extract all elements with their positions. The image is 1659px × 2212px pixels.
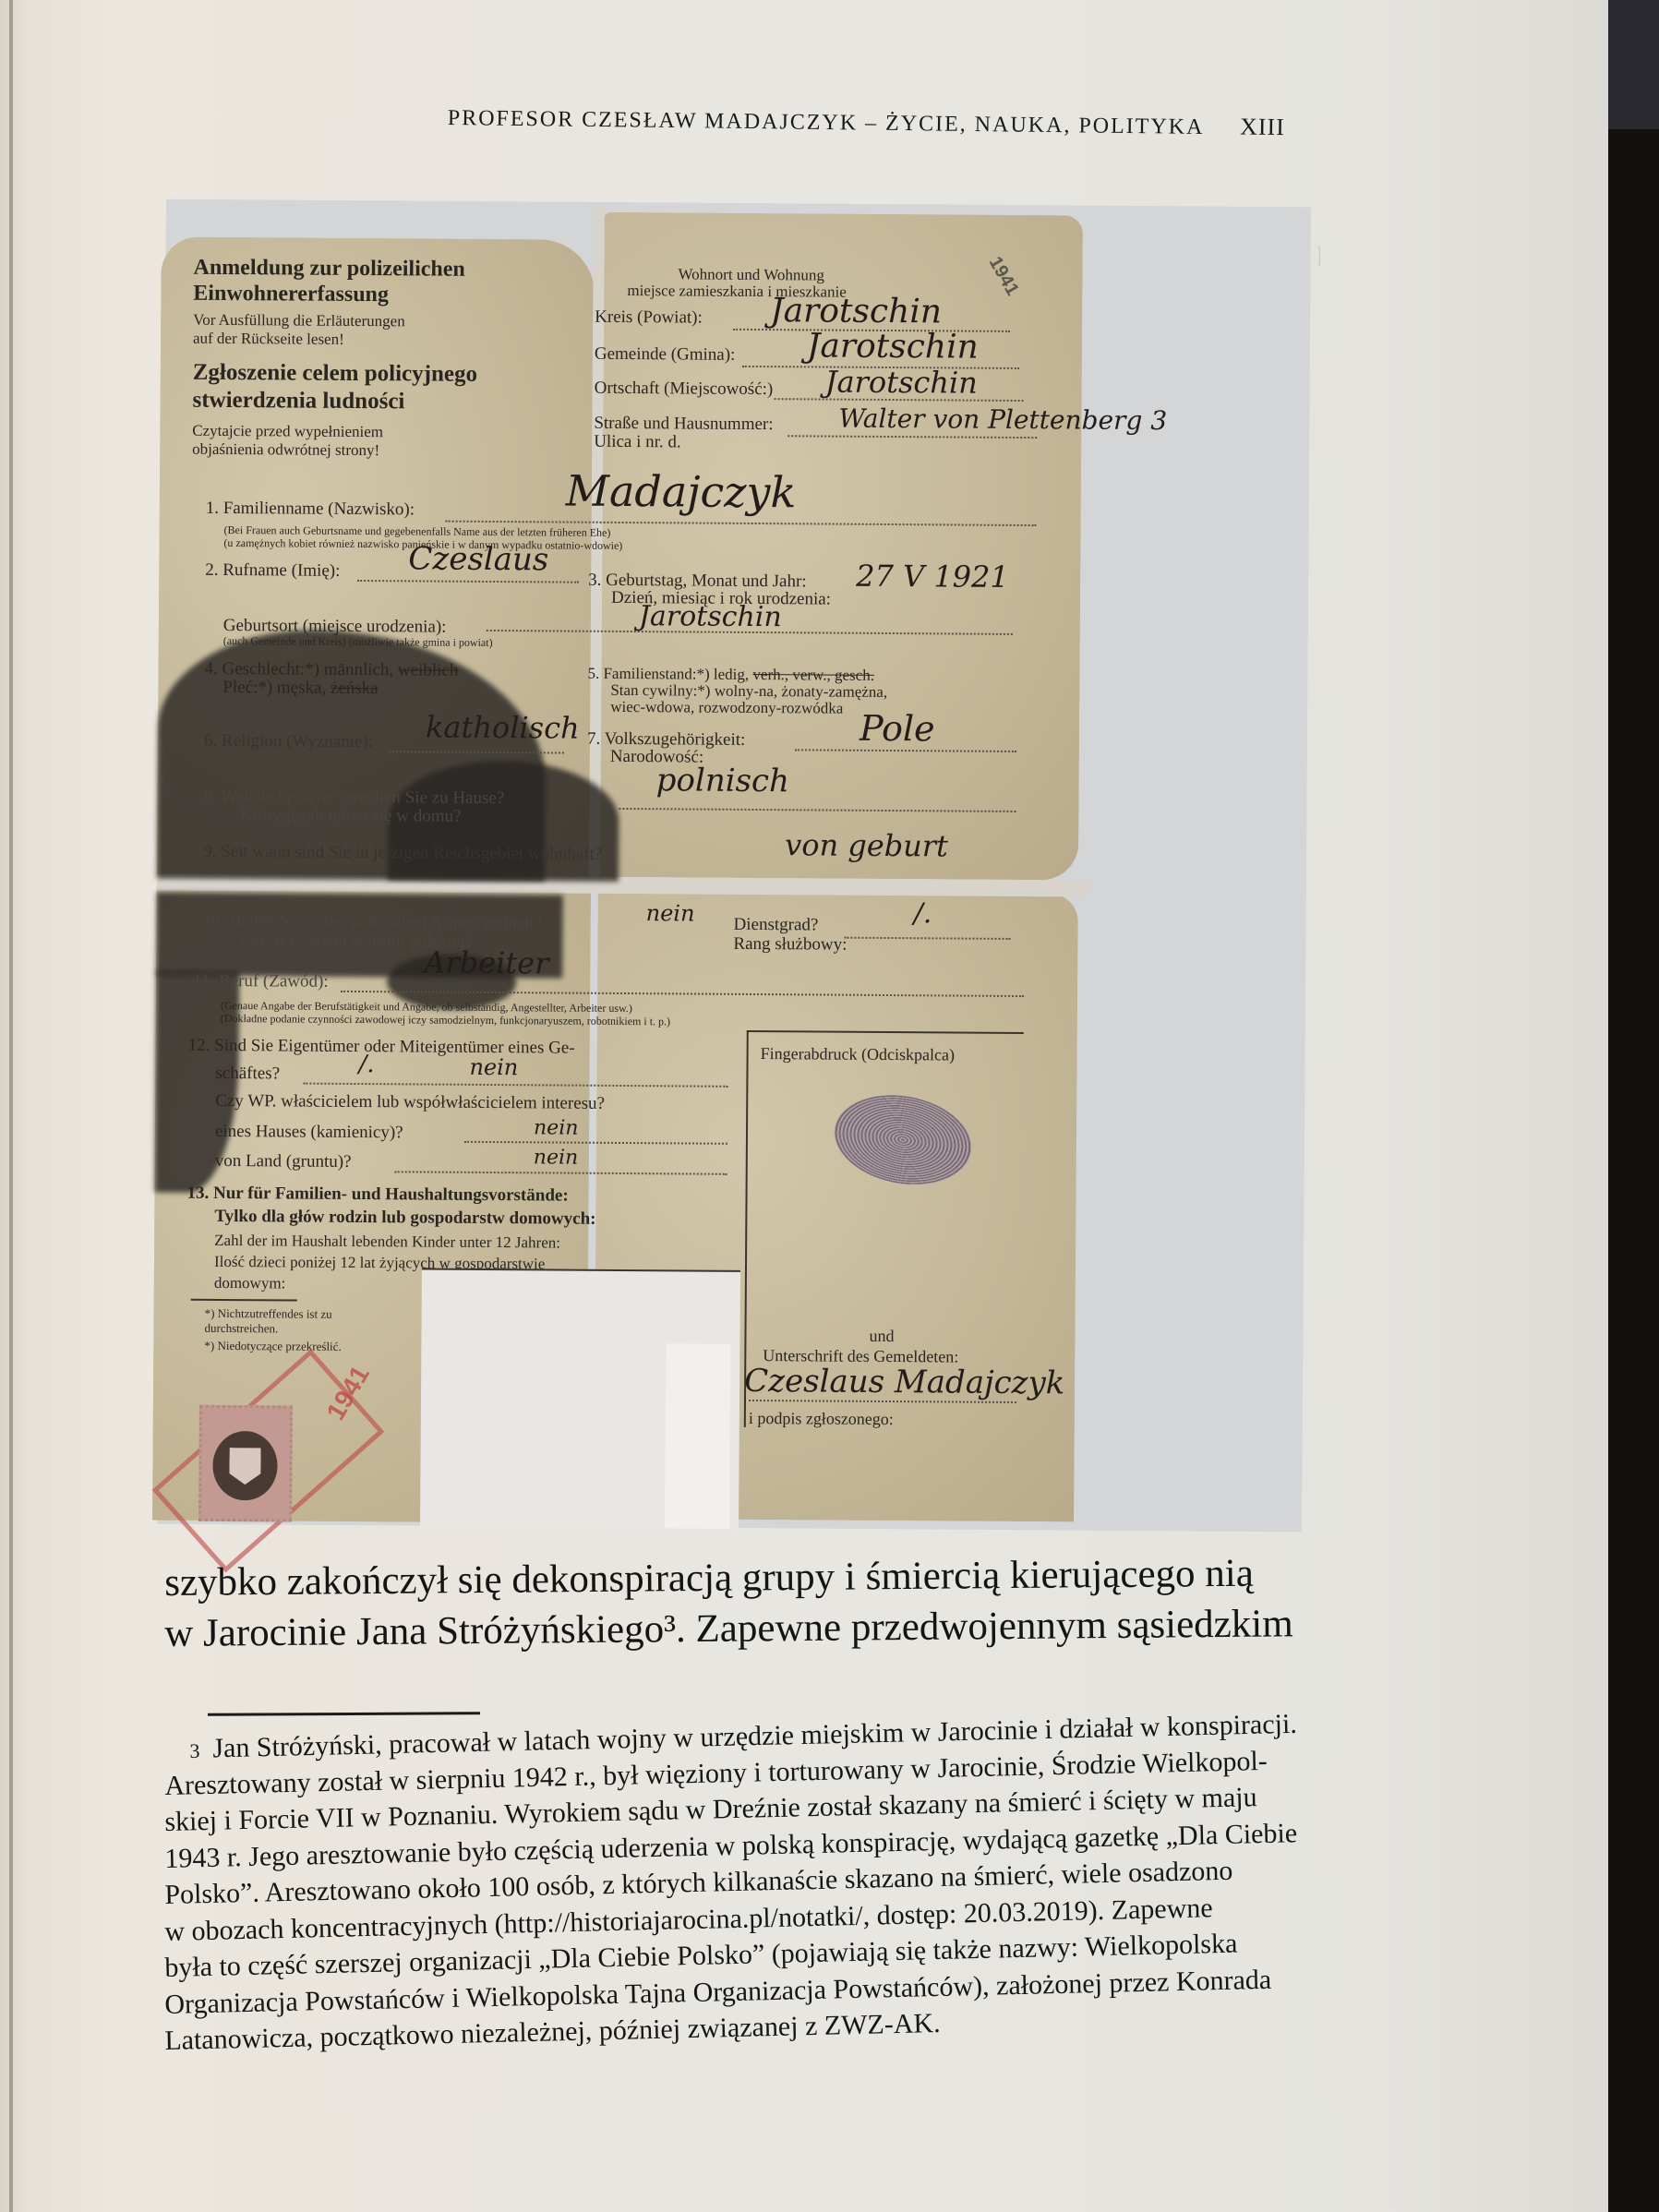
form-title-de: Anmeldung zur polizeilichen [193, 256, 464, 283]
field-10-value: nein [646, 900, 695, 926]
field-13-label-de: 13. Nur für Familien- und Haushaltungsvo… [186, 1184, 568, 1207]
field-1-value: Madajczyk [566, 466, 797, 518]
fingerprint-label: Fingerabdruck (Odciskpalca) [761, 1044, 956, 1064]
form-title-pl: Zgłoszenie celem policyjnego [193, 360, 477, 388]
form-instruction-pl: Czytajcie przed wypełnieniem [192, 422, 383, 441]
form-footnote-pl: *) Niedotyczące przekreślić. [204, 1339, 341, 1354]
field-13-label-pl: Tylko dla głów rodzin lub gospodarstw do… [214, 1207, 595, 1230]
registration-document-image: Anmeldung zur polizeilichen Einwohnererf… [152, 204, 1094, 1535]
dienstgrad-value: /. [914, 897, 932, 930]
body-paragraph-line: szybko zakończył się dekonspiracją grupy… [164, 1551, 1254, 1605]
field-12-label-pl: Czy WP. właścicielem lub współwłaściciel… [215, 1091, 605, 1114]
form-instruction-pl: objaśnienia odwrótnej strony! [192, 440, 379, 460]
background-surface [1608, 0, 1659, 2212]
field-4-text: 4. Geschlecht:*) männlich, [204, 659, 393, 679]
field-7-value: Pole [860, 708, 935, 750]
signature-label-pl: i podpis zgłoszonego: [749, 1409, 894, 1429]
field-12-land-value: nein [534, 1146, 579, 1169]
revenue-stamp [198, 1405, 293, 1522]
field-9-label: 9. Seit wann sind Sie in jetzigen Reichs… [203, 842, 602, 865]
field-5-label-pl2: wiec-wdowa, rozwodzony-rozwódka [610, 698, 843, 718]
field-13-children-pl2: domowym: [214, 1274, 286, 1293]
kreis-value: Jarotschin [770, 292, 942, 331]
field-12-label: schäftes? [215, 1064, 280, 1084]
page-spine [9, 0, 13, 2212]
footnote-separator [208, 1712, 480, 1716]
field-12-land-label: von Land (gruntu)? [215, 1151, 352, 1172]
footnote-number: 3 [189, 1739, 200, 1762]
field-8-label-pl: Który język mówi się w domu? [240, 805, 461, 827]
field-5-text: 5. Familienstand:*) ledig, [587, 665, 749, 683]
background-surface [1608, 0, 1659, 129]
ortschaft-value: Jarotschin [825, 365, 978, 401]
field-4-struck: żeńska [331, 679, 379, 698]
field-4-struck: weiblich [398, 660, 459, 679]
page-number: XIII [1240, 113, 1285, 140]
eagle-seal-icon [212, 1431, 278, 1500]
dienstgrad-label: Dienstgrad? [734, 915, 819, 936]
birthplace-note: (auch Gemeinde und Kreis) (możliwie takż… [223, 634, 493, 650]
field-8-value: polnisch [656, 762, 790, 799]
field-5-struck: verh., verw., gesch. [752, 666, 874, 684]
field-12-slash: /. [358, 1051, 374, 1078]
kreis-label: Kreis (Powiat): [595, 307, 703, 329]
body-paragraph-line: w Jarocinie Jana Stróżyńskiego³. Zapewne… [164, 1601, 1293, 1656]
torn-paper [665, 1343, 730, 1528]
signature-value: Czeslaus Madajczyk [744, 1363, 1065, 1401]
field-2-label: 2. Rufname (Imię): [205, 560, 340, 582]
field-9-value: von geburt [785, 827, 948, 863]
gemeinde-value: Jarotschin [807, 327, 979, 366]
signature-label: und [869, 1327, 894, 1346]
book-page: powiązaniom, pCzesław Madwspominał, odo … [0, 0, 1611, 2212]
field-4-label-pl: Płeć:*) męska, żeńska [222, 678, 378, 699]
form-footnote-de: *) Nichtzutreffendes ist zu durchstreich… [204, 1306, 333, 1337]
form-title-pl: stwierdzenia ludności [192, 388, 404, 415]
field-13-children-de: Zahl der im Haushalt lebenden Kinder unt… [214, 1232, 560, 1253]
field-3-value: 27 V 1921 [856, 559, 1009, 595]
field-2-value: Czeslaus [408, 540, 548, 578]
field-12-value: nein [469, 1054, 518, 1080]
strasse-label-pl: Ulica i nr. d. [594, 432, 681, 453]
field-11-label: 11. Beruf (Zawód): [193, 971, 329, 992]
field-6-value: katholisch [426, 710, 580, 746]
gemeinde-label: Gemeinde (Gmina): [595, 344, 736, 366]
ortschaft-label: Ortschaft (Miejscowość:) [595, 379, 774, 400]
form-title-de: Einwohnererfassung [193, 282, 389, 307]
field-4-text: Płeć:*) męska, [222, 678, 326, 698]
field-11-value: Arbeiter [424, 944, 548, 980]
field-12-house-value: nein [534, 1116, 579, 1139]
birthplace-value: Jarotschin [639, 600, 782, 633]
running-header-title: PROFESOR CZESŁAW MADAJCZYK – ŻYCIE, NAUK… [448, 106, 1204, 139]
form-instruction-de: Vor Ausfüllung die Erläuterungen [193, 311, 405, 331]
dienstgrad-label-pl: Rang służbowy: [733, 934, 847, 956]
field-1-label: 1. Familienname (Nazwisko): [206, 499, 415, 521]
running-header: PROFESOR CZESŁAW MADAJCZYK – ŻYCIE, NAUK… [448, 103, 1285, 141]
strasse-value: Walter von Plettenberg 3 [838, 403, 1167, 436]
form-instruction-de: auf der Rückseite lesen! [193, 330, 344, 349]
field-12-house-label: eines Hauses (kamienicy)? [215, 1122, 403, 1143]
field-6-label: 6. Religion (Wyznanie): [204, 731, 373, 752]
